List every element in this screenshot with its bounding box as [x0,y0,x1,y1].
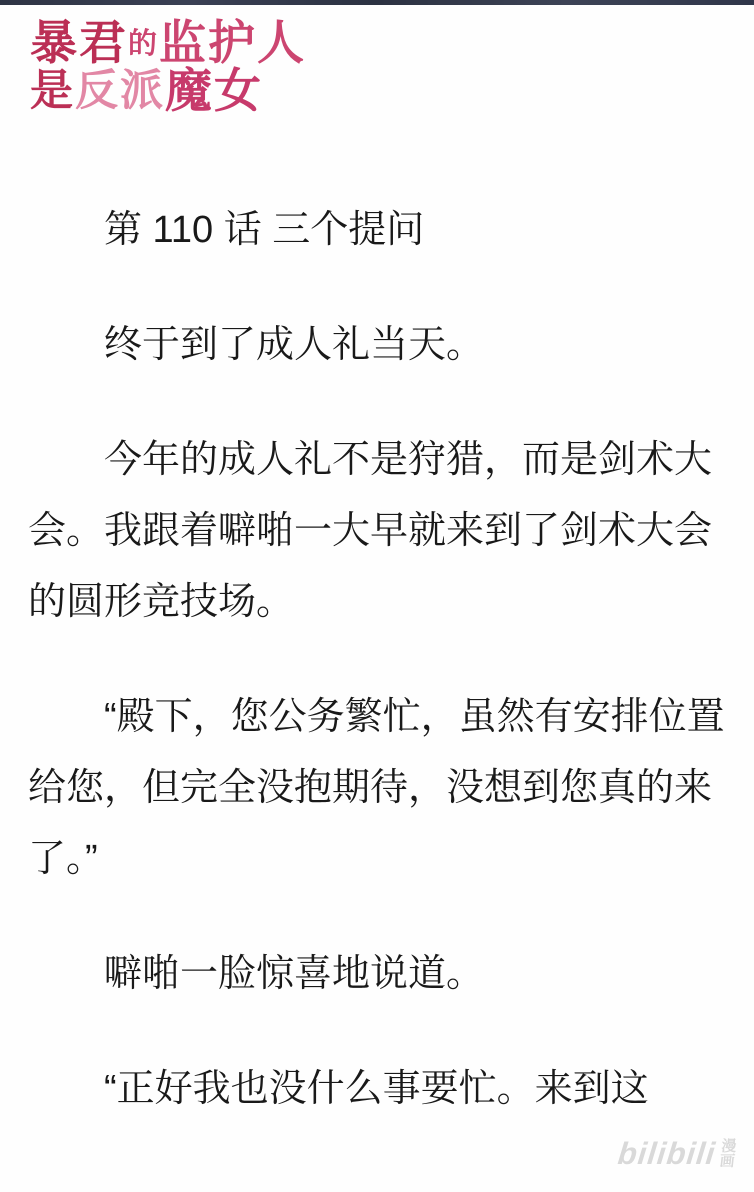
logo-text-fanpai: 反派 [75,66,165,116]
bilibili-watermark: bilibili 漫 画 [617,1136,738,1172]
series-logo-line1: 暴君的监护人 [30,20,306,68]
logo-text-baojun: 暴君 [30,16,128,71]
manhua-badge-char1: 漫 [721,1139,738,1154]
top-panel-edge [0,0,754,5]
logo-text-shi: 是 [30,66,75,116]
logo-text-monv: 魔女 [165,64,263,119]
paragraph-2: 今年的成人礼不是狩猎，而是剑术大会。我跟着噼啪一大早就来到了剑术大会的圆形竞技场… [28,425,728,638]
chapter-title: 第 110 话 三个提问 [28,195,728,266]
bilibili-logo-text: bilibili [617,1136,718,1172]
series-logo-line2: 是反派魔女 [30,68,306,116]
logo-text-jianhuren: 监护人 [159,16,306,71]
paragraph-3: “殿下，您公务繁忙，虽然有安排位置给您，但完全没抱期待，没想到您真的来了。” [28,682,728,895]
paragraph-4: 噼啪一脸惊喜地说道。 [28,939,728,1010]
chapter-content: 第 110 话 三个提问 终于到了成人礼当天。 今年的成人礼不是狩猎，而是剑术大… [28,195,728,1169]
paragraph-5: “正好我也没什么事要忙。来到这 [28,1054,728,1125]
manhua-badge-char2: 画 [719,1154,736,1169]
logo-text-de: 的 [128,26,159,60]
paragraph-1: 终于到了成人礼当天。 [28,310,728,381]
manhua-badge: 漫 画 [719,1139,737,1169]
series-logo: 暴君的监护人 是反派魔女 [30,20,306,116]
